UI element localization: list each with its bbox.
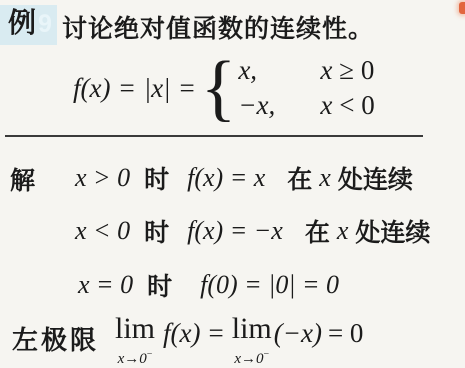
condition-variable: x: [320, 90, 332, 121]
clipped-marker-icon: [459, 2, 465, 14]
condition: x > 0: [75, 163, 130, 193]
when-label: 时: [147, 267, 172, 303]
cases-column: x, x ≥ 0 −x, x < 0: [238, 53, 374, 123]
lim-text: lim: [115, 314, 155, 344]
when-label: 时: [144, 160, 169, 196]
definition-lhs: f(x) = |x| =: [73, 73, 195, 104]
condition: x = 0: [78, 270, 133, 300]
left-limit-line: 左极限 lim x→0− f(x) = lim x→0− (−x) = 0: [12, 314, 363, 367]
case-condition: x < 0: [320, 90, 374, 121]
example-number: 9: [38, 10, 52, 39]
lim-subscript: x→0−: [118, 347, 153, 367]
at-label: 在: [287, 160, 312, 196]
function-fx: f(x): [73, 73, 110, 104]
slide-page: 例 9 讨论绝对值函数的连续性。 f(x) = |x| = { x, x ≥ 0…: [0, 0, 465, 368]
solution-line-positive: x > 0 时 f(x) = x 在 x 处连续: [75, 160, 413, 196]
piecewise-definition: f(x) = |x| = { x, x ≥ 0 −x, x < 0: [73, 50, 375, 126]
left-brace: {: [201, 50, 237, 126]
limit-argument-2: (−x): [274, 318, 322, 349]
expression: f(x) = −x: [187, 216, 283, 246]
case-row-negative: −x, x < 0: [238, 88, 374, 123]
solution-line-negative: x < 0 时 f(x) = −x 在 x 处连续: [75, 213, 430, 249]
example-label: 例: [8, 8, 36, 39]
case-expr: −x,: [238, 90, 320, 121]
condition: x < 0: [75, 216, 130, 246]
equals-sign-1: =: [119, 73, 134, 104]
condition-variable: x: [320, 55, 332, 86]
solution-label: 解: [10, 161, 35, 197]
limit-result: = 0: [328, 318, 363, 349]
case-row-nonnegative: x, x ≥ 0: [238, 53, 374, 88]
when-label: 时: [144, 213, 169, 249]
at-label: 在: [305, 213, 330, 249]
solution-line-zero: x = 0 时 f(0) = |0| = 0: [78, 267, 339, 303]
left-limit-label: 左极限: [12, 320, 99, 357]
condition-relation: < 0: [339, 90, 374, 121]
condition-relation: ≥ 0: [339, 55, 374, 86]
limit-argument-1: f(x): [163, 318, 200, 349]
lim-text: lim: [232, 314, 272, 344]
lim-subscript: x→0−: [234, 347, 269, 367]
continuous-label: 处连续: [338, 160, 413, 196]
limit-operator-1: lim x→0−: [115, 314, 155, 367]
equals-sign: =: [209, 318, 224, 349]
expression: f(x) = x: [187, 163, 265, 193]
page-title: 讨论绝对值函数的连续性。: [62, 9, 374, 45]
expression: f(0) = |0| = 0: [200, 270, 339, 300]
abs-x: |x|: [144, 73, 171, 104]
case-condition: x ≥ 0: [320, 55, 374, 86]
section-divider: [5, 135, 423, 137]
variable: x: [319, 163, 331, 193]
variable: x: [337, 216, 349, 246]
continuous-label: 处连续: [355, 213, 430, 249]
equals-sign-2: =: [180, 73, 195, 104]
limit-operator-2: lim x→0−: [232, 314, 272, 367]
case-expr: x,: [238, 55, 320, 86]
